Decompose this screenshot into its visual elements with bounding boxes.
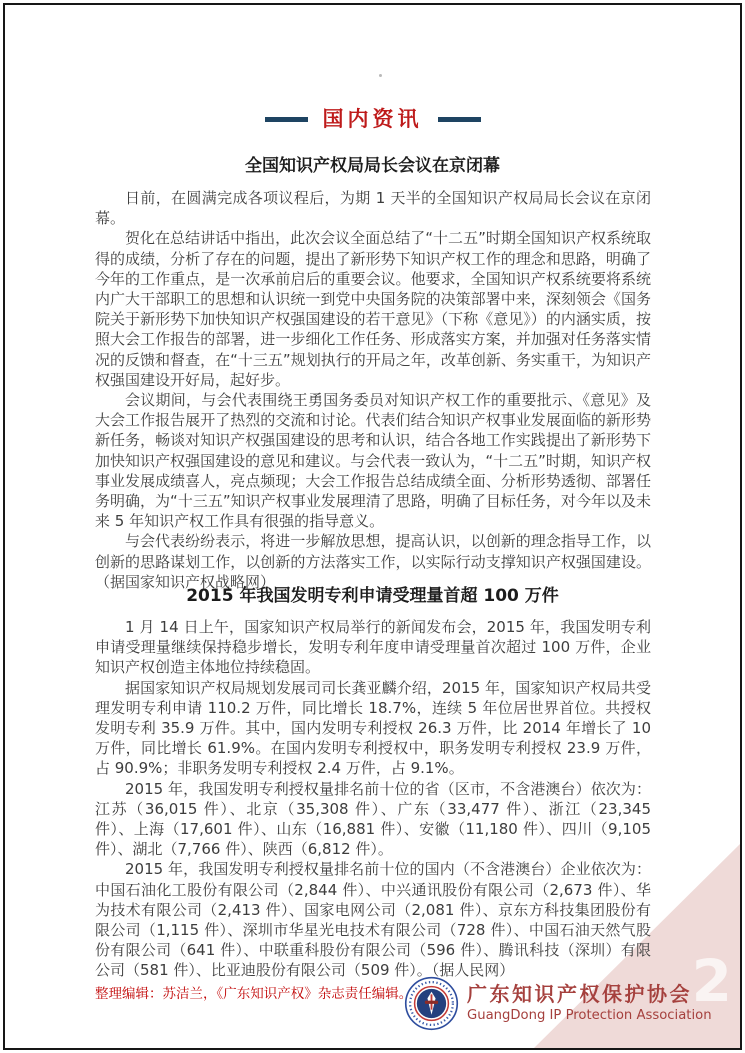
masthead-right-dash [438, 117, 481, 122]
masthead-left-dash [265, 117, 308, 122]
scan-artifact-dot [379, 74, 382, 77]
article-2-paragraph: 2015 年，我国发明专利授权量排名前十位的国内（不含港澳台）企业依次为：中国石… [95, 859, 651, 980]
article-1-paragraph: 会议期间，与会代表围绕王勇国务委员对知识产权工作的重要批示、《意见》及大会工作报… [95, 390, 651, 531]
association-name-cn: 广东知识产权保护协会 [467, 983, 712, 1006]
article-2-body: 1 月 14 日上午，国家知识产权局举行的新闻发布会，2015 年，我国发明专利… [95, 617, 651, 981]
article-2-paragraph: 据国家知识产权局规划发展司司长龚亚麟介绍，2015 年，国家知识产权局共受理发明… [95, 678, 651, 779]
article-1-body: 日前，在圆满完成各项议程后，为期 1 天半的全国知识产权局局长会议在京闭幕。 贺… [95, 188, 651, 592]
section-title: 国内资讯 [323, 108, 423, 130]
association-seal-icon [404, 976, 459, 1031]
article-2-paragraph: 2015 年，我国发明专利授权量排名前十位的省（区市，不含港澳台）依次为：江苏（… [95, 779, 651, 860]
article-2-paragraph: 1 月 14 日上午，国家知识产权局举行的新闻发布会，2015 年，我国发明专利… [95, 617, 651, 678]
association-name: 广东知识产权保护协会 GuangDong IP Protection Assoc… [467, 983, 712, 1024]
page-number: 2 [692, 952, 732, 1010]
article-2-title: 2015 年我国发明专利申请受理量首超 100 万件 [0, 586, 745, 606]
article-1-paragraph: 与会代表纷纷表示，将进一步解放思想，提高认识，以创新的理念指导工作，以创新的思路… [95, 531, 651, 592]
article-1-paragraph: 日前，在圆满完成各项议程后，为期 1 天半的全国知识产权局局长会议在京闭幕。 [95, 188, 651, 228]
article-1-title: 全国知识产权局局长会议在京闭幕 [0, 156, 745, 176]
section-masthead: 国内资讯 [0, 108, 745, 130]
association-block: 广东知识产权保护协会 GuangDong IP Protection Assoc… [404, 976, 712, 1031]
editor-note: 整理编辑：苏洁兰，《广东知识产权》杂志责任编辑。 [95, 982, 412, 1002]
article-1-paragraph: 贺化在总结讲话中指出，此次会议全面总结了“十二五”时期全国知识产权系统取得的成绩… [95, 228, 651, 390]
association-name-en: GuangDong IP Protection Association [467, 1008, 712, 1024]
newsletter-page: { "masthead": { "title": "国内资讯" }, "arti… [0, 0, 745, 1053]
